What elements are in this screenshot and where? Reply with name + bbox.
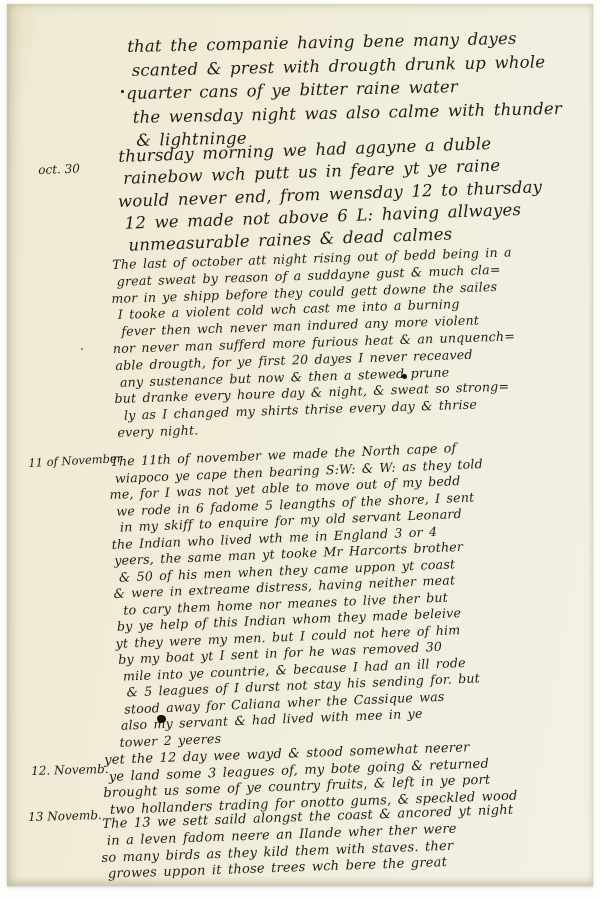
margin-note-13-november: 13 Novemb. [28,808,102,824]
ink-speck [121,90,124,93]
margin-note-11-november: 11 of November [28,451,123,470]
paragraph-double-rainbow: thursday morning we had agayne a dublera… [118,130,584,258]
paragraph-cape-wiapoco: The 11th of november we made the North c… [110,435,592,751]
scan-background: oct. 30 11 of November 12. Novemb. 13 No… [0,0,600,901]
ink-blot [402,374,407,379]
margin-note-oct-30: oct. 30 [38,162,80,177]
ink-speck [81,348,83,350]
manuscript-page: oct. 30 11 of November 12. Novemb. 13 No… [7,4,593,886]
margin-note-12-november: 12. Novemb. [31,762,109,778]
paragraph-fever: The last of october att night rising out… [112,242,586,441]
ink-blot [157,715,166,723]
